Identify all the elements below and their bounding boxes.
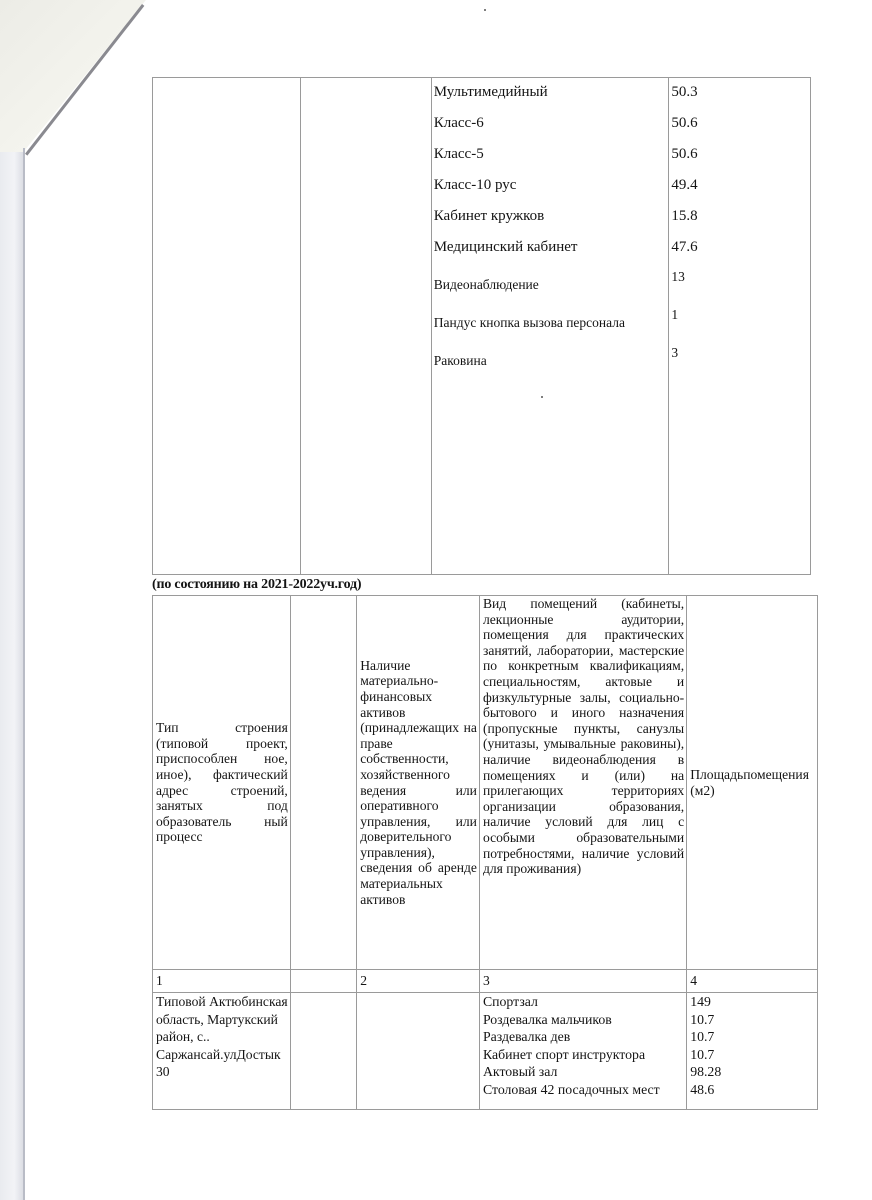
header-empty [290,596,356,970]
table-header-row: Тип строения (типовой проект, приспособл… [153,596,818,970]
equipment-count: 3 [671,346,808,378]
header-assets: Наличие материально-финансовых активов (… [357,596,480,970]
equipment-name: Раковина [434,346,667,384]
equipment-count: 1 [671,308,808,346]
room-areas-cell: 149 10.7 10.7 10.7 98.28 48.6 [687,993,818,1110]
room-area: 47.6 [671,239,808,270]
room-area: 50.6 [671,115,808,146]
room-areas-cell: 50.3 50.6 50.6 49.4 15.8 47.6 13 1 3 [669,78,811,575]
room-name: Кабинет спорт инструктора [483,1046,684,1064]
page-edge [23,148,25,1200]
room-name: Медицинский кабинет [434,239,667,270]
room-area: 98.28 [690,1063,815,1081]
table-caption: (по состоянию на 2021-2022уч.год) [152,577,361,593]
scan-speck [484,9,486,11]
rooms-table-continued: Мультимедийный Класс-6 Класс-5 Класс-10 … [152,77,811,575]
room-area: 50.3 [671,84,808,115]
room-area: 49.4 [671,177,808,208]
header-building-type: Тип строения (типовой проект, приспособл… [153,596,291,970]
empty-cell [290,993,356,1110]
room-name: Мультимедийный [434,84,667,115]
equipment-count: 13 [671,270,808,308]
room-names-cell: Мультимедийный Класс-6 Класс-5 Класс-10 … [431,78,669,575]
column-number: 4 [687,970,818,993]
room-area: 10.7 [690,1028,815,1046]
room-name: Столовая 42 посадочных мест [483,1081,684,1099]
room-names-cell: Спортзал Роздевалка мальчиков Раздевалка… [479,993,686,1110]
room-area: 10.7 [690,1011,815,1029]
table-row: Мультимедийный Класс-6 Класс-5 Класс-10 … [153,78,811,575]
column-numbers-row: 1 2 3 4 [153,970,818,993]
room-area: 50.6 [671,146,808,177]
room-area: 48.6 [690,1081,815,1099]
room-name: Роздевалка мальчиков [483,1011,684,1029]
scanner-edge [0,0,24,1200]
equipment-name: Видеонаблюдение [434,270,667,308]
room-name: Раздевалка дев [483,1028,684,1046]
room-name: Класс-10 рус [434,177,667,208]
room-name: Актовый зал [483,1063,684,1081]
room-name: Класс-5 [434,146,667,177]
facilities-table: Тип строения (типовой проект, приспособл… [152,595,818,1110]
header-room-types: Вид помещений (кабинеты, лекционные ауди… [479,596,686,970]
room-area: 10.7 [690,1046,815,1064]
assets-cell [357,993,480,1110]
room-name: Кабинет кружков [434,208,667,239]
header-area: Площадьпомещения (м2) [687,596,818,970]
column-number: 2 [357,970,480,993]
column-number [290,970,356,993]
room-area: 15.8 [671,208,808,239]
column-number: 1 [153,970,291,993]
building-cell [153,78,301,575]
table-row: Типовой Актюбинская область, Мартукский … [153,993,818,1110]
assets-cell [301,78,431,575]
column-number: 3 [479,970,686,993]
room-area: 149 [690,993,815,1011]
room-name: Класс-6 [434,115,667,146]
building-address: Типовой Актюбинская область, Мартукский … [153,993,291,1110]
room-name: Спортзал [483,993,684,1011]
equipment-name: Пандус кнопка вызова персонала [434,308,667,346]
folded-corner [0,0,146,152]
